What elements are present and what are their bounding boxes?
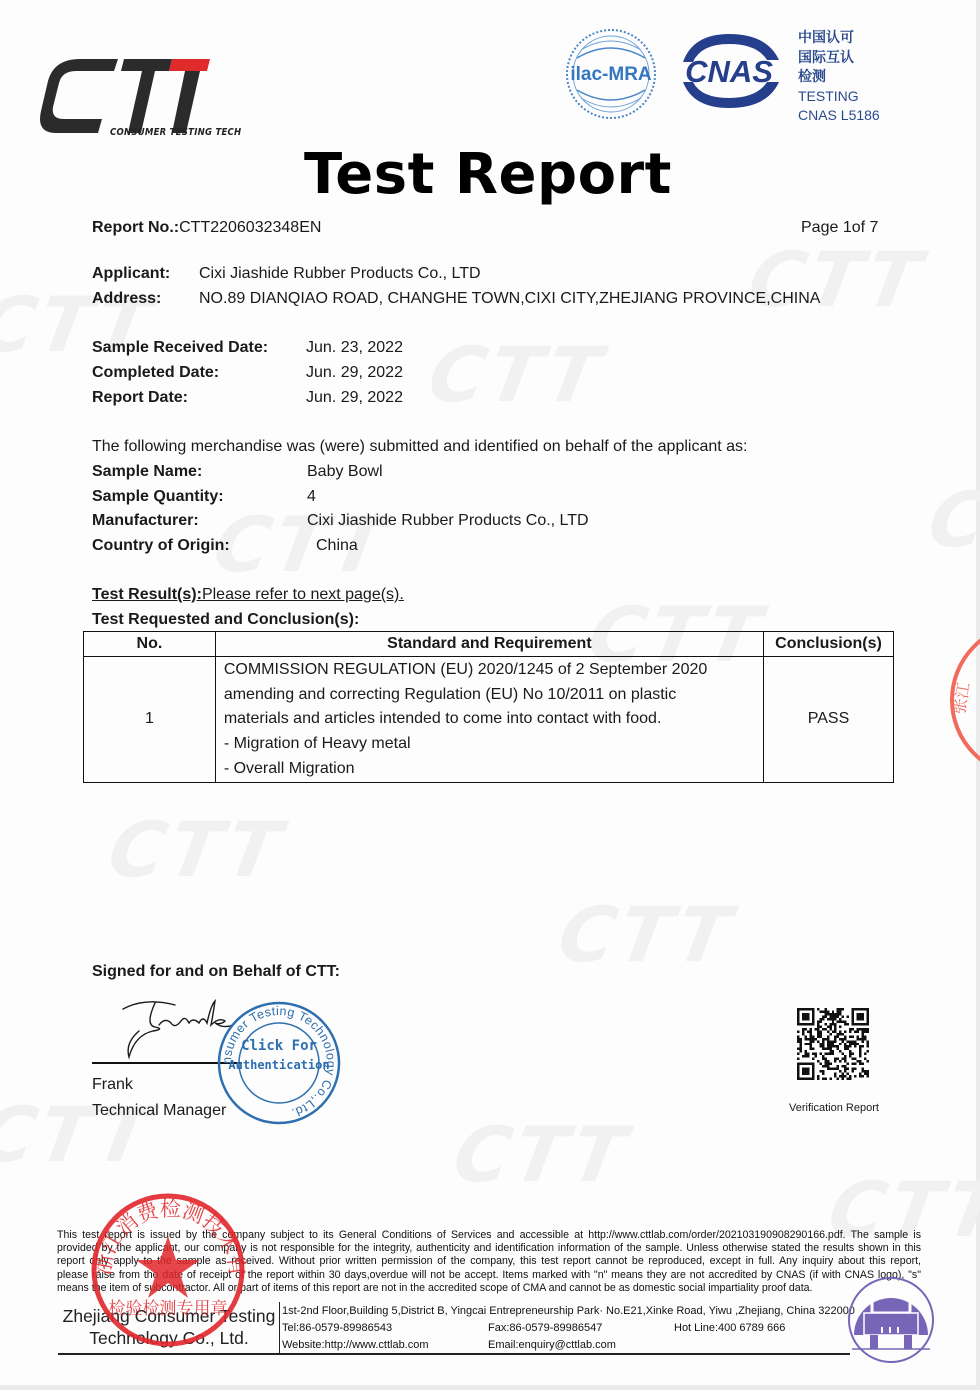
svg-text:检验检测专用章: 检验检测专用章 xyxy=(109,1298,228,1319)
cnas-line: 检测 xyxy=(798,67,880,87)
watermark-ctt: CTT xyxy=(552,890,741,979)
row-requirement: COMMISSION REGULATION (EU) 2020/1245 of … xyxy=(215,657,763,783)
ilac-mra-logo: ilac-MRA xyxy=(565,28,657,120)
report-date-label: Report Date: xyxy=(92,388,188,408)
test-results-value: Please refer to next page(s). xyxy=(202,586,404,603)
logo-tagline: CONSUMER TESTING TECH xyxy=(110,127,241,138)
completed-date-value: Jun. 29, 2022 xyxy=(306,363,403,383)
footer-divider xyxy=(279,1302,280,1353)
footer-hotline: Hot Line:400 6789 666 xyxy=(674,1322,785,1334)
footer-tel: Tel:86-0579-89986543 xyxy=(282,1322,392,1334)
ctt-logo: CONSUMER TESTING TECH xyxy=(40,55,215,145)
origin-label: Country of Origin: xyxy=(92,536,230,556)
address-value: NO.89 DIANQIAO ROAD, CHANGHE TOWN,CIXI C… xyxy=(199,289,820,309)
sample-quantity-value: 4 xyxy=(307,487,316,507)
report-number-label: Report No.: xyxy=(92,219,179,236)
origin-value: China xyxy=(316,536,358,556)
footer-website-link[interactable]: Website:http://www.cttlab.com xyxy=(282,1339,429,1351)
cnas-line: CNAS L5186 xyxy=(798,106,880,126)
verification-report-link[interactable]: Verification Report xyxy=(770,1102,898,1114)
cnas-line: 中国认可 xyxy=(798,28,880,48)
sample-name-label: Sample Name: xyxy=(92,462,202,482)
conclusion-table: No. Standard and Requirement Conclusion(… xyxy=(83,631,894,783)
manufacturer-value: Cixi Jiashide Rubber Products Co., LTD xyxy=(307,511,589,531)
test-results-line: Test Result(s):Please refer to next page… xyxy=(92,585,404,605)
cnas-line: TESTING xyxy=(798,87,880,107)
manufacturer-label: Manufacturer: xyxy=(92,511,199,531)
sample-quantity-label: Sample Quantity: xyxy=(92,487,224,507)
section-title: Test Requested and Conclusion(s): xyxy=(92,610,359,630)
svg-text:CNAS: CNAS xyxy=(685,54,773,89)
report-date-value: Jun. 29, 2022 xyxy=(306,388,403,408)
cnas-accreditation-text: 中国认可 国际互认 检测 TESTING CNAS L5186 xyxy=(798,28,880,126)
signer-title: Technical Manager xyxy=(92,1101,226,1121)
authentication-stamp-button[interactable]: Consumer Testing Technology Co.,Ltd. Cli… xyxy=(216,1000,342,1126)
row-number: 1 xyxy=(84,657,216,783)
column-header-conclusion: Conclusion(s) xyxy=(764,632,894,657)
signature-heading: Signed for and on Behalf of CTT: xyxy=(92,962,340,982)
report-number: Report No.:CTT2206032348EN xyxy=(92,218,321,238)
watermark-ctt: CTT xyxy=(422,330,611,419)
requirement-line: - Migration of Heavy metal xyxy=(224,732,763,757)
cnas-logo: CNAS xyxy=(675,32,783,110)
svg-text:Click For: Click For xyxy=(241,1038,317,1054)
watermark-ctt: CTT xyxy=(102,805,291,894)
ding-emblem-icon xyxy=(846,1275,936,1365)
footer-fax: Fax:86-0579-89986547 xyxy=(488,1322,602,1334)
verification-qr-code[interactable] xyxy=(797,1008,869,1080)
authentication-seal-icon: Consumer Testing Technology Co.,Ltd. Cli… xyxy=(216,1000,342,1126)
signer-name: Frank xyxy=(92,1075,133,1095)
address-label: Address: xyxy=(92,289,161,309)
column-header-no: No. xyxy=(84,632,216,657)
footer-address: 1st-2nd Floor,Building 5,District B, Yin… xyxy=(282,1305,855,1317)
requirement-line: amending and correcting Regulation (EU) … xyxy=(224,683,763,708)
qr-code-icon xyxy=(797,1008,869,1080)
requirement-line: materials and articles intended to come … xyxy=(224,707,763,732)
footer-email-link[interactable]: Email:enquiry@cttlab.com xyxy=(488,1339,616,1351)
ilac-globe-icon: ilac-MRA xyxy=(565,28,657,120)
table-header-row: No. Standard and Requirement Conclusion(… xyxy=(84,632,894,657)
sample-intro: The following merchandise was (were) sub… xyxy=(92,437,747,457)
column-header-standard: Standard and Requirement xyxy=(215,632,763,657)
applicant-label: Applicant: xyxy=(92,264,170,284)
svg-text:Authentication: Authentication xyxy=(228,1058,329,1072)
received-date-label: Sample Received Date: xyxy=(92,338,268,358)
svg-text:ilac-MRA: ilac-MRA xyxy=(570,64,652,85)
completed-date-label: Completed Date: xyxy=(92,363,219,383)
footer-rule xyxy=(58,1353,850,1355)
page-indicator: Page 1of 7 xyxy=(801,218,878,238)
applicant-value: Cixi Jiashide Rubber Products Co., LTD xyxy=(199,264,481,284)
company-seal-icon: 浙江消费检测技术有限公司 检验检测专用章 xyxy=(88,1188,248,1353)
test-results-label: Test Result(s): xyxy=(92,586,202,603)
sample-name-value: Baby Bowl xyxy=(307,462,383,482)
cnas-emblem-icon: CNAS xyxy=(675,32,783,110)
received-date-value: Jun. 23, 2022 xyxy=(306,338,403,358)
watermark-ctt: CTT xyxy=(742,235,931,324)
watermark-ctt: CTT xyxy=(447,1110,636,1199)
page-title: Test Report xyxy=(0,142,976,207)
red-seal-partial-icon: 张江 xyxy=(948,620,980,780)
watermark-ctt: CTT xyxy=(922,475,980,564)
report-page: CTT CTT CTT CTT CTT CTT CTT CTT CTT CTT … xyxy=(0,0,976,1385)
report-number-value: CTT2206032348EN xyxy=(179,219,321,236)
requirement-line: COMMISSION REGULATION (EU) 2020/1245 of … xyxy=(224,658,763,683)
table-row: 1 COMMISSION REGULATION (EU) 2020/1245 o… xyxy=(84,657,894,783)
cnas-line: 国际互认 xyxy=(798,48,880,68)
row-conclusion: PASS xyxy=(764,657,894,783)
requirement-line: - Overall Migration xyxy=(224,757,763,782)
